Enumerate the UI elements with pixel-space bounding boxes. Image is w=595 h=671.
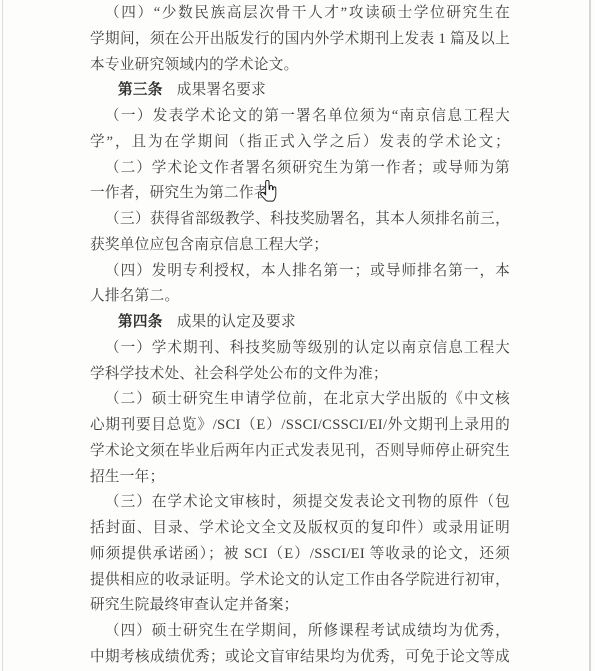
text-line: 心期刊要目总览》/SCI（E）/SSCI/CSSCI/EI/外文期刊上录用的	[90, 413, 510, 439]
text-line: （四）“少数民族高层次骨干人才”攻读硕士学位研究生在	[90, 1, 510, 27]
text-line: 获奖单位应包含南京信息工程大学；	[90, 233, 510, 259]
heading-line: 第三条成果署名要求	[90, 78, 510, 104]
text-line: 提供相应的收录证明。学术论文的认定工作由各学院进行初审，	[90, 568, 510, 594]
page-right-edge	[589, 0, 591, 671]
text-line: （四）发明专利授权，本人排名第一；或导师排名第一，本	[90, 259, 510, 285]
text-line: 研究生院最终审查认定并备案；	[90, 593, 510, 619]
text-line: （一）学术期刊、科技奖励等级别的认定以南京信息工程大	[90, 336, 510, 362]
text-line: （二）硕士研究生申请学位前，在北京大学出版的《中文核	[90, 387, 510, 413]
text-line: 学科学技术处、社会科学处公布的文件为准；	[90, 362, 510, 388]
text-line: 括封面、目录、学术论文全文及版权页的复印件）或录用证明（导	[90, 516, 510, 542]
text-line: （四）硕士研究生在学期间，所修课程考试成绩均为优秀，	[90, 619, 510, 645]
heading-number: 第三条	[118, 82, 163, 98]
heading-line: 第四条成果的认定及要求	[90, 310, 510, 336]
document-page: （四）“少数民族高层次骨干人才”攻读硕士学位研究生在学期间，须在公开出版发行的国…	[0, 0, 595, 671]
text-line: （三）在学术论文审核时，须提交发表论文刊物的原件（包	[90, 490, 510, 516]
text-line: （一）发表学术论文的第一署名单位须为“南京信息工程大	[90, 104, 510, 130]
text-line: 学”，且为在学期间（指正式入学之后）发表的学术论文；	[90, 130, 510, 156]
text-line: 招生一年；	[90, 465, 510, 491]
heading-title: 成果的认定及要求	[177, 314, 296, 330]
text-line: 学术论文须在毕业后两年内正式发表见刊，否则导师停止研究生	[90, 439, 510, 465]
text-line: 一作者，研究生为第二作者；	[90, 181, 510, 207]
text-line: 师须提供承诺函）；被 SCI（E）/SSCI/EI 等收录的论文，还须	[90, 542, 510, 568]
text-line: 本专业研究领域内的学术论文。	[90, 53, 510, 79]
text-line: 学期间，须在公开出版发行的国内外学术期刊上发表 1 篇及以上	[90, 27, 510, 53]
heading-number: 第四条	[118, 314, 163, 330]
heading-title: 成果署名要求	[177, 82, 266, 98]
text-line: （三）获得省部级教学、科技奖励署名，其本人须排名前三，	[90, 207, 510, 233]
text-line: （二）学术论文作者署名须研究生为第一作者；或导师为第	[90, 156, 510, 182]
document-text: （四）“少数民族高层次骨干人才”攻读硕士学位研究生在学期间，须在公开出版发行的国…	[90, 1, 510, 671]
text-line: 中期考核成绩优秀；或论文盲审结果均为优秀，可免于论文等成	[90, 645, 510, 671]
page-left-edge	[2, 0, 3, 671]
text-line: 人排名第二。	[90, 284, 510, 310]
